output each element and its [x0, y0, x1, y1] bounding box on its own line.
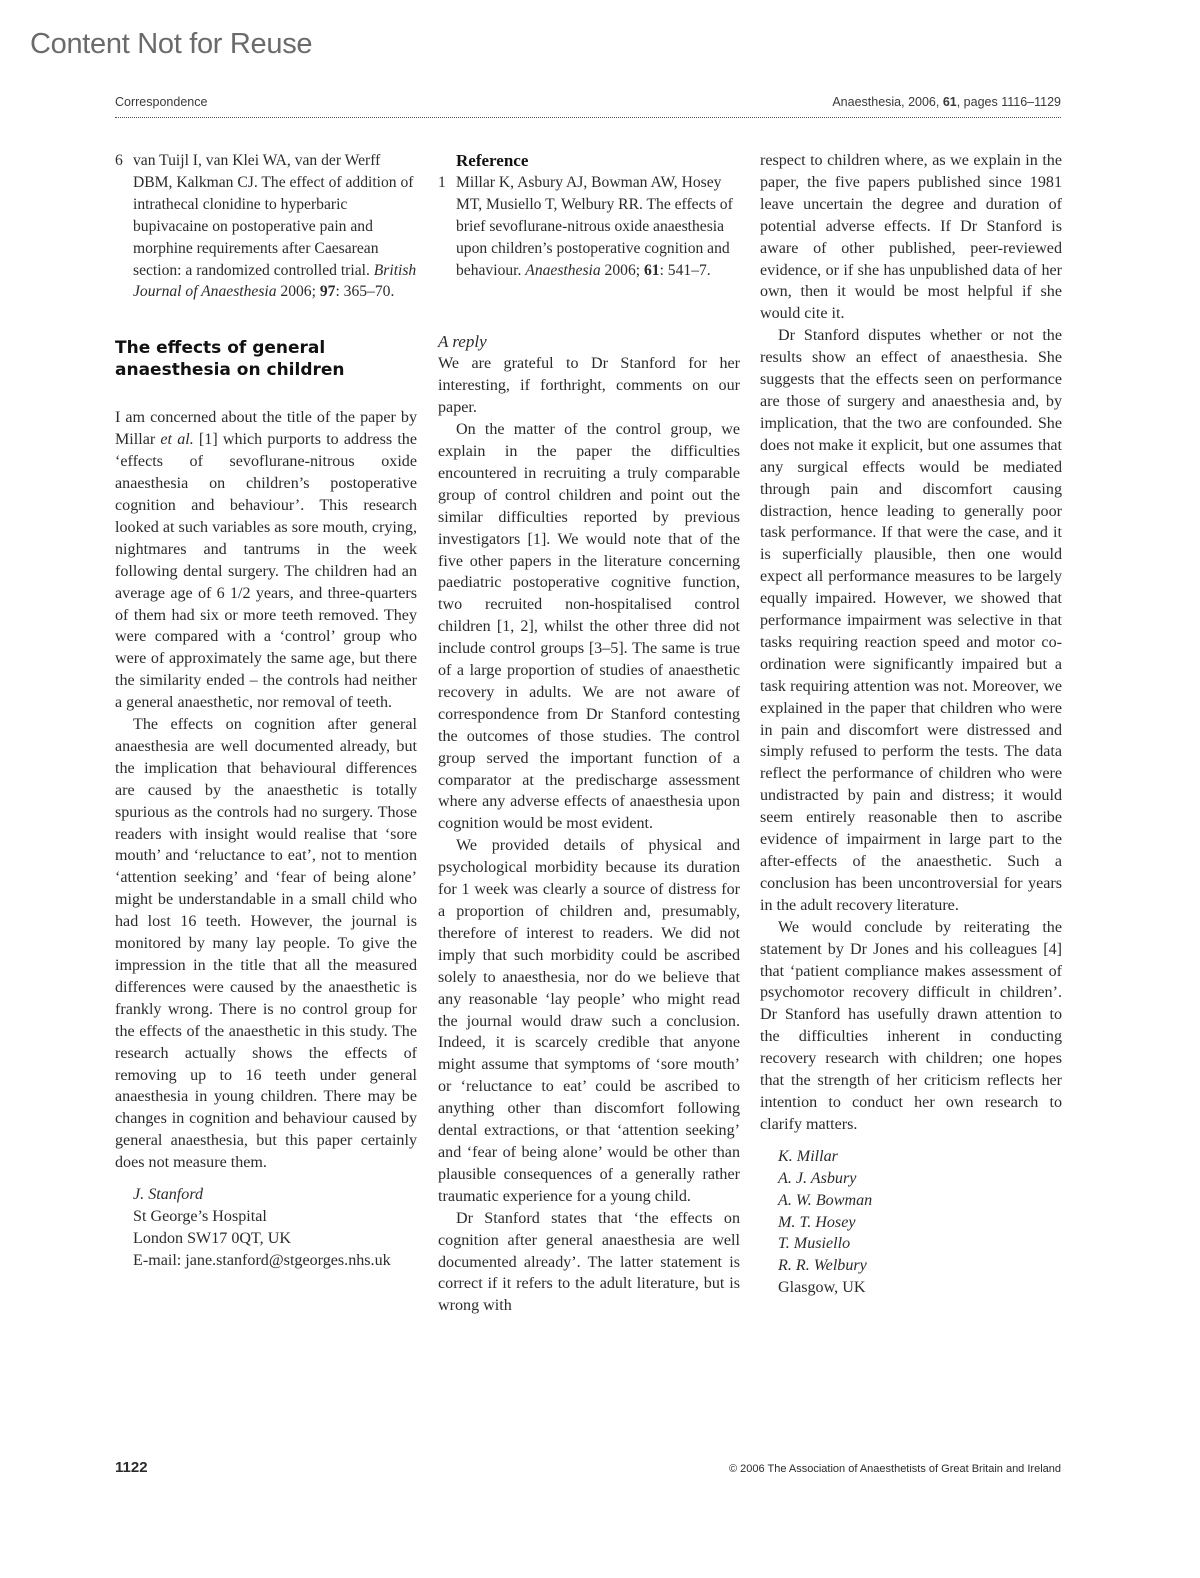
signature-location: Glasgow, UK	[778, 1277, 1062, 1299]
column-1: 6 van Tuijl I, van Klei WA, van der Werf…	[115, 150, 417, 1272]
signature-name: T. Musiello	[778, 1233, 1062, 1255]
signature-name: M. T. Hosey	[778, 1212, 1062, 1234]
reference-text: Millar K, Asbury AJ, Bowman AW, Hosey MT…	[456, 172, 740, 282]
journal-prefix: Anaesthesia, 2006,	[832, 95, 943, 109]
journal-pages: , pages 1116–1129	[957, 95, 1061, 109]
reference-pages: : 541–7.	[660, 262, 711, 279]
signature-name: A. J. Asbury	[778, 1168, 1062, 1190]
reply-heading: A reply	[438, 331, 740, 353]
letter-paragraph: I am concerned about the title of the pa…	[115, 407, 417, 714]
reference-item: 6 van Tuijl I, van Klei WA, van der Werf…	[115, 150, 417, 303]
reply-paragraph: respect to children where, as we explain…	[760, 150, 1062, 325]
reference-text: van Tuijl I, van Klei WA, van der Werff …	[133, 150, 417, 303]
signature-email[interactable]: E-mail: jane.stanford@stgeorges.nhs.uk	[133, 1250, 417, 1272]
column-3: respect to children where, as we explain…	[760, 150, 1062, 1299]
journal-citation: Anaesthesia, 2006, 61, pages 1116–1129	[832, 95, 1061, 109]
paragraph-text: [1] which purports to address the ‘effec…	[115, 431, 417, 711]
letter-title: The effects of general anaesthesia on ch…	[115, 337, 417, 381]
reply-paragraph: We provided details of physical and psyc…	[438, 835, 740, 1207]
journal-volume: 61	[943, 95, 957, 109]
reference-number: 1	[438, 172, 456, 282]
reference-heading: Reference	[456, 150, 740, 172]
signature-address: London SW17 0QT, UK	[133, 1228, 417, 1250]
running-head: Correspondence Anaesthesia, 2006, 61, pa…	[115, 95, 1061, 109]
reference-number: 6	[115, 150, 133, 303]
copyright-notice: © 2006 The Association of Anaesthetists …	[729, 1463, 1061, 1475]
reply-signatures: K. Millar A. J. Asbury A. W. Bowman M. T…	[760, 1146, 1062, 1299]
reference-volume: 61	[644, 262, 660, 279]
watermark: Content Not for Reuse	[30, 28, 312, 61]
page-number: 1122	[115, 1459, 148, 1476]
reference-item: 1 Millar K, Asbury AJ, Bowman AW, Hosey …	[438, 172, 740, 282]
et-al-text: et al.	[160, 431, 193, 448]
column-2: Reference 1 Millar K, Asbury AJ, Bowman …	[438, 150, 740, 1317]
reply-paragraph: Dr Stanford states that ‘the effects on …	[438, 1208, 740, 1318]
reply-paragraph: We are grateful to Dr Stanford for her i…	[438, 353, 740, 419]
reference-pages: : 365–70.	[335, 283, 394, 300]
reply-paragraph: Dr Stanford disputes whether or not the …	[760, 325, 1062, 916]
letter-signature: J. Stanford St George’s Hospital London …	[115, 1184, 417, 1272]
reference-volume: 97	[320, 283, 336, 300]
reference-year: 2006;	[277, 283, 320, 300]
reply-paragraph: On the matter of the control group, we e…	[438, 419, 740, 835]
signature-name: R. R. Welbury	[778, 1255, 1062, 1277]
reference-year: 2006;	[601, 262, 644, 279]
signature-institution: St George’s Hospital	[133, 1206, 417, 1228]
header-divider	[115, 117, 1061, 118]
letter-paragraph: The effects on cognition after general a…	[115, 714, 417, 1174]
reply-paragraph: We would conclude by reiterating the sta…	[760, 917, 1062, 1136]
section-label: Correspondence	[115, 95, 207, 109]
page-footer: 1122 © 2006 The Association of Anaesthet…	[115, 1459, 1061, 1476]
signature-name: J. Stanford	[133, 1184, 417, 1206]
reference-authors-title: van Tuijl I, van Klei WA, van der Werff …	[133, 152, 414, 279]
signature-name: K. Millar	[778, 1146, 1062, 1168]
reference-journal: Anaesthesia	[525, 262, 600, 279]
signature-name: A. W. Bowman	[778, 1190, 1062, 1212]
